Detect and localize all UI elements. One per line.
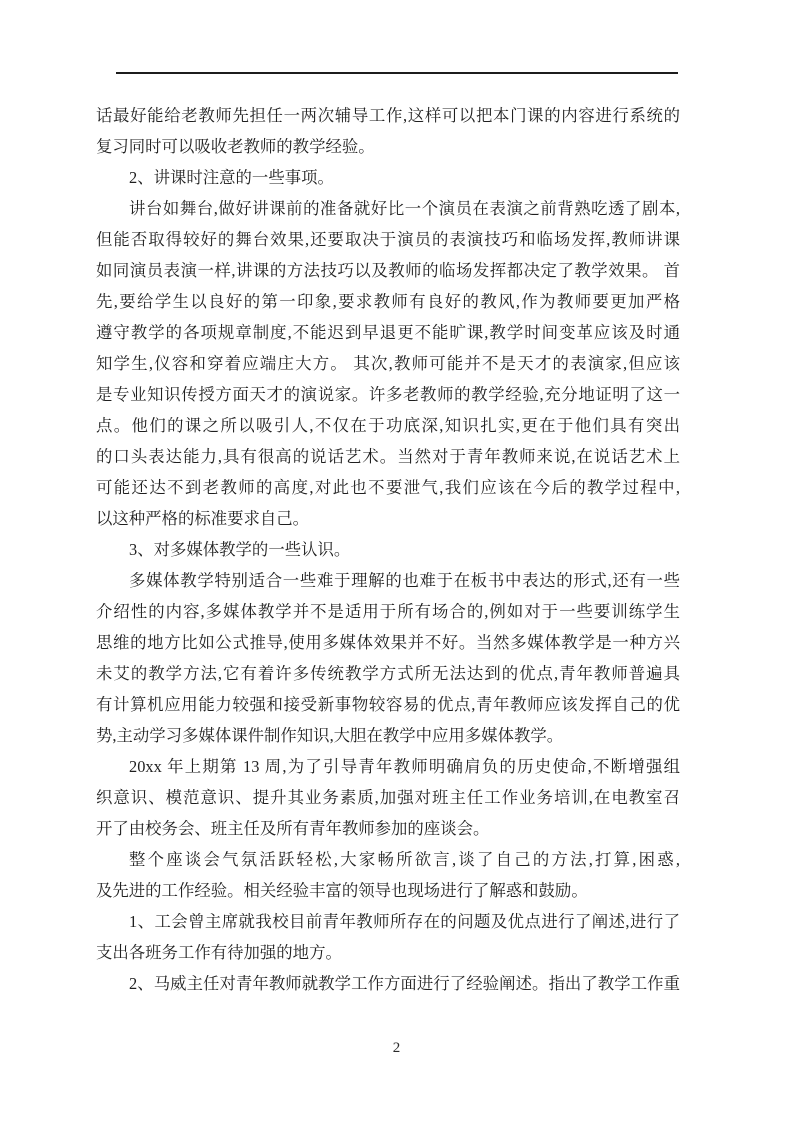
text-line: 的口头表达能力,具有很高的说话艺术。当然对于青年教师来说,在说话艺术上: [96, 441, 680, 472]
paragraph: 多媒体教学特别适合一些难于理解的也难于在板书中表达的形式,还有一些介绍性的内容,…: [96, 565, 680, 751]
text-line: 及先进的工作经验。相关经验丰富的领导也现场进行了解惑和鼓励。: [96, 875, 680, 906]
paragraph: 2、马威主任对青年教师就教学工作方面进行了经验阐述。指出了教学工作重: [96, 968, 680, 999]
text-line: 支出各班务工作有待加强的地方。: [96, 937, 680, 968]
text-line: 以这种严格的标准要求自己。: [96, 503, 680, 534]
text-line: 是专业知识传授方面天才的演说家。许多老教师的教学经验,充分地证明了这一: [96, 379, 680, 410]
text-line: 未艾的教学方法,它有着许多传统教学方式所无法达到的优点,青年教师普遍具: [96, 658, 680, 689]
text-line: 势,主动学习多媒体课件制作知识,大胆在教学中应用多媒体教学。: [96, 720, 680, 751]
text-line: 介绍性的内容,多媒体教学并不是适用于所有场合的,例如对于一些要训练学生: [96, 596, 680, 627]
document-page: { "colors": { "background": "#ffffff", "…: [0, 0, 793, 1122]
text-line: 2、讲课时注意的一些事项。: [96, 162, 680, 193]
text-line: 开了由校务会、班主任及所有青年教师参加的座谈会。: [96, 813, 680, 844]
page-footer: 2: [0, 1038, 793, 1058]
text-line: 2、马威主任对青年教师就教学工作方面进行了经验阐述。指出了教学工作重: [96, 968, 680, 999]
page-number: 2: [393, 1040, 401, 1056]
header-rule: [116, 72, 678, 74]
text-line: 1、工会曾主席就我校目前青年教师所存在的问题及优点进行了阐述,进行了: [96, 906, 680, 937]
paragraph: 3、对多媒体教学的一些认识。: [96, 534, 680, 565]
paragraph: 1、工会曾主席就我校目前青年教师所存在的问题及优点进行了阐述,进行了支出各班务工…: [96, 906, 680, 968]
text-line: 先,要给学生以良好的第一印象,要求教师有良好的教风,作为教师要更加严格: [96, 286, 680, 317]
text-line: 话最好能给老教师先担任一两次辅导工作,这样可以把本门课的内容进行系统的: [96, 100, 680, 131]
paragraph: 2、讲课时注意的一些事项。: [96, 162, 680, 193]
text-line: 织意识、模范意识、提升其业务素质,加强对班主任工作业务培训,在电教室召: [96, 782, 680, 813]
page: 话最好能给老教师先担任一两次辅导工作,这样可以把本门课的内容进行系统的复习同时可…: [0, 0, 793, 1122]
text-line: 讲台如舞台,做好讲课前的准备就好比一个演员在表演之前背熟吃透了剧本,: [96, 193, 680, 224]
text-line: 遵守教学的各项规章制度,不能迟到早退更不能旷课,教学时间变革应该及时通: [96, 317, 680, 348]
paragraph: 整个座谈会气氛活跃轻松,大家畅所欲言,谈了自己的方法,打算,困惑,及先进的工作经…: [96, 844, 680, 906]
text-line: 整个座谈会气氛活跃轻松,大家畅所欲言,谈了自己的方法,打算,困惑,: [96, 844, 680, 875]
paragraph: 话最好能给老教师先担任一两次辅导工作,这样可以把本门课的内容进行系统的复习同时可…: [96, 100, 680, 162]
text-line: 如同演员表演一样,讲课的方法技巧以及教师的临场发挥都决定了教学效果。 首: [96, 255, 680, 286]
text-line: 有计算机应用能力较强和接受新事物较容易的优点,青年教师应该发挥自己的优: [96, 689, 680, 720]
text-line: 点。他们的课之所以吸引人,不仅在于功底深,知识扎实,更在于他们具有突出: [96, 410, 680, 441]
text-line: 可能还达不到老教师的高度,对此也不要泄气,我们应该在今后的教学过程中,: [96, 472, 680, 503]
text-line: 20xx 年上期第 13 周,为了引导青年教师明确肩负的历史使命,不断增强组: [96, 751, 680, 782]
page-body: 话最好能给老教师先担任一两次辅导工作,这样可以把本门课的内容进行系统的复习同时可…: [96, 100, 680, 999]
paragraph: 讲台如舞台,做好讲课前的准备就好比一个演员在表演之前背熟吃透了剧本,但能否取得较…: [96, 193, 680, 534]
text-line: 但能否取得较好的舞台效果,还要取决于演员的表演技巧和临场发挥,教师讲课: [96, 224, 680, 255]
text-line: 3、对多媒体教学的一些认识。: [96, 534, 680, 565]
text-line: 知学生,仪容和穿着应端庄大方。 其次,教师可能并不是天才的表演家,但应该: [96, 348, 680, 379]
text-line: 多媒体教学特别适合一些难于理解的也难于在板书中表达的形式,还有一些: [96, 565, 680, 596]
text-line: 复习同时可以吸收老教师的教学经验。: [96, 131, 680, 162]
text-line: 思维的地方比如公式推导,使用多媒体效果并不好。当然多媒体教学是一种方兴: [96, 627, 680, 658]
paragraph: 20xx 年上期第 13 周,为了引导青年教师明确肩负的历史使命,不断增强组织意…: [96, 751, 680, 844]
